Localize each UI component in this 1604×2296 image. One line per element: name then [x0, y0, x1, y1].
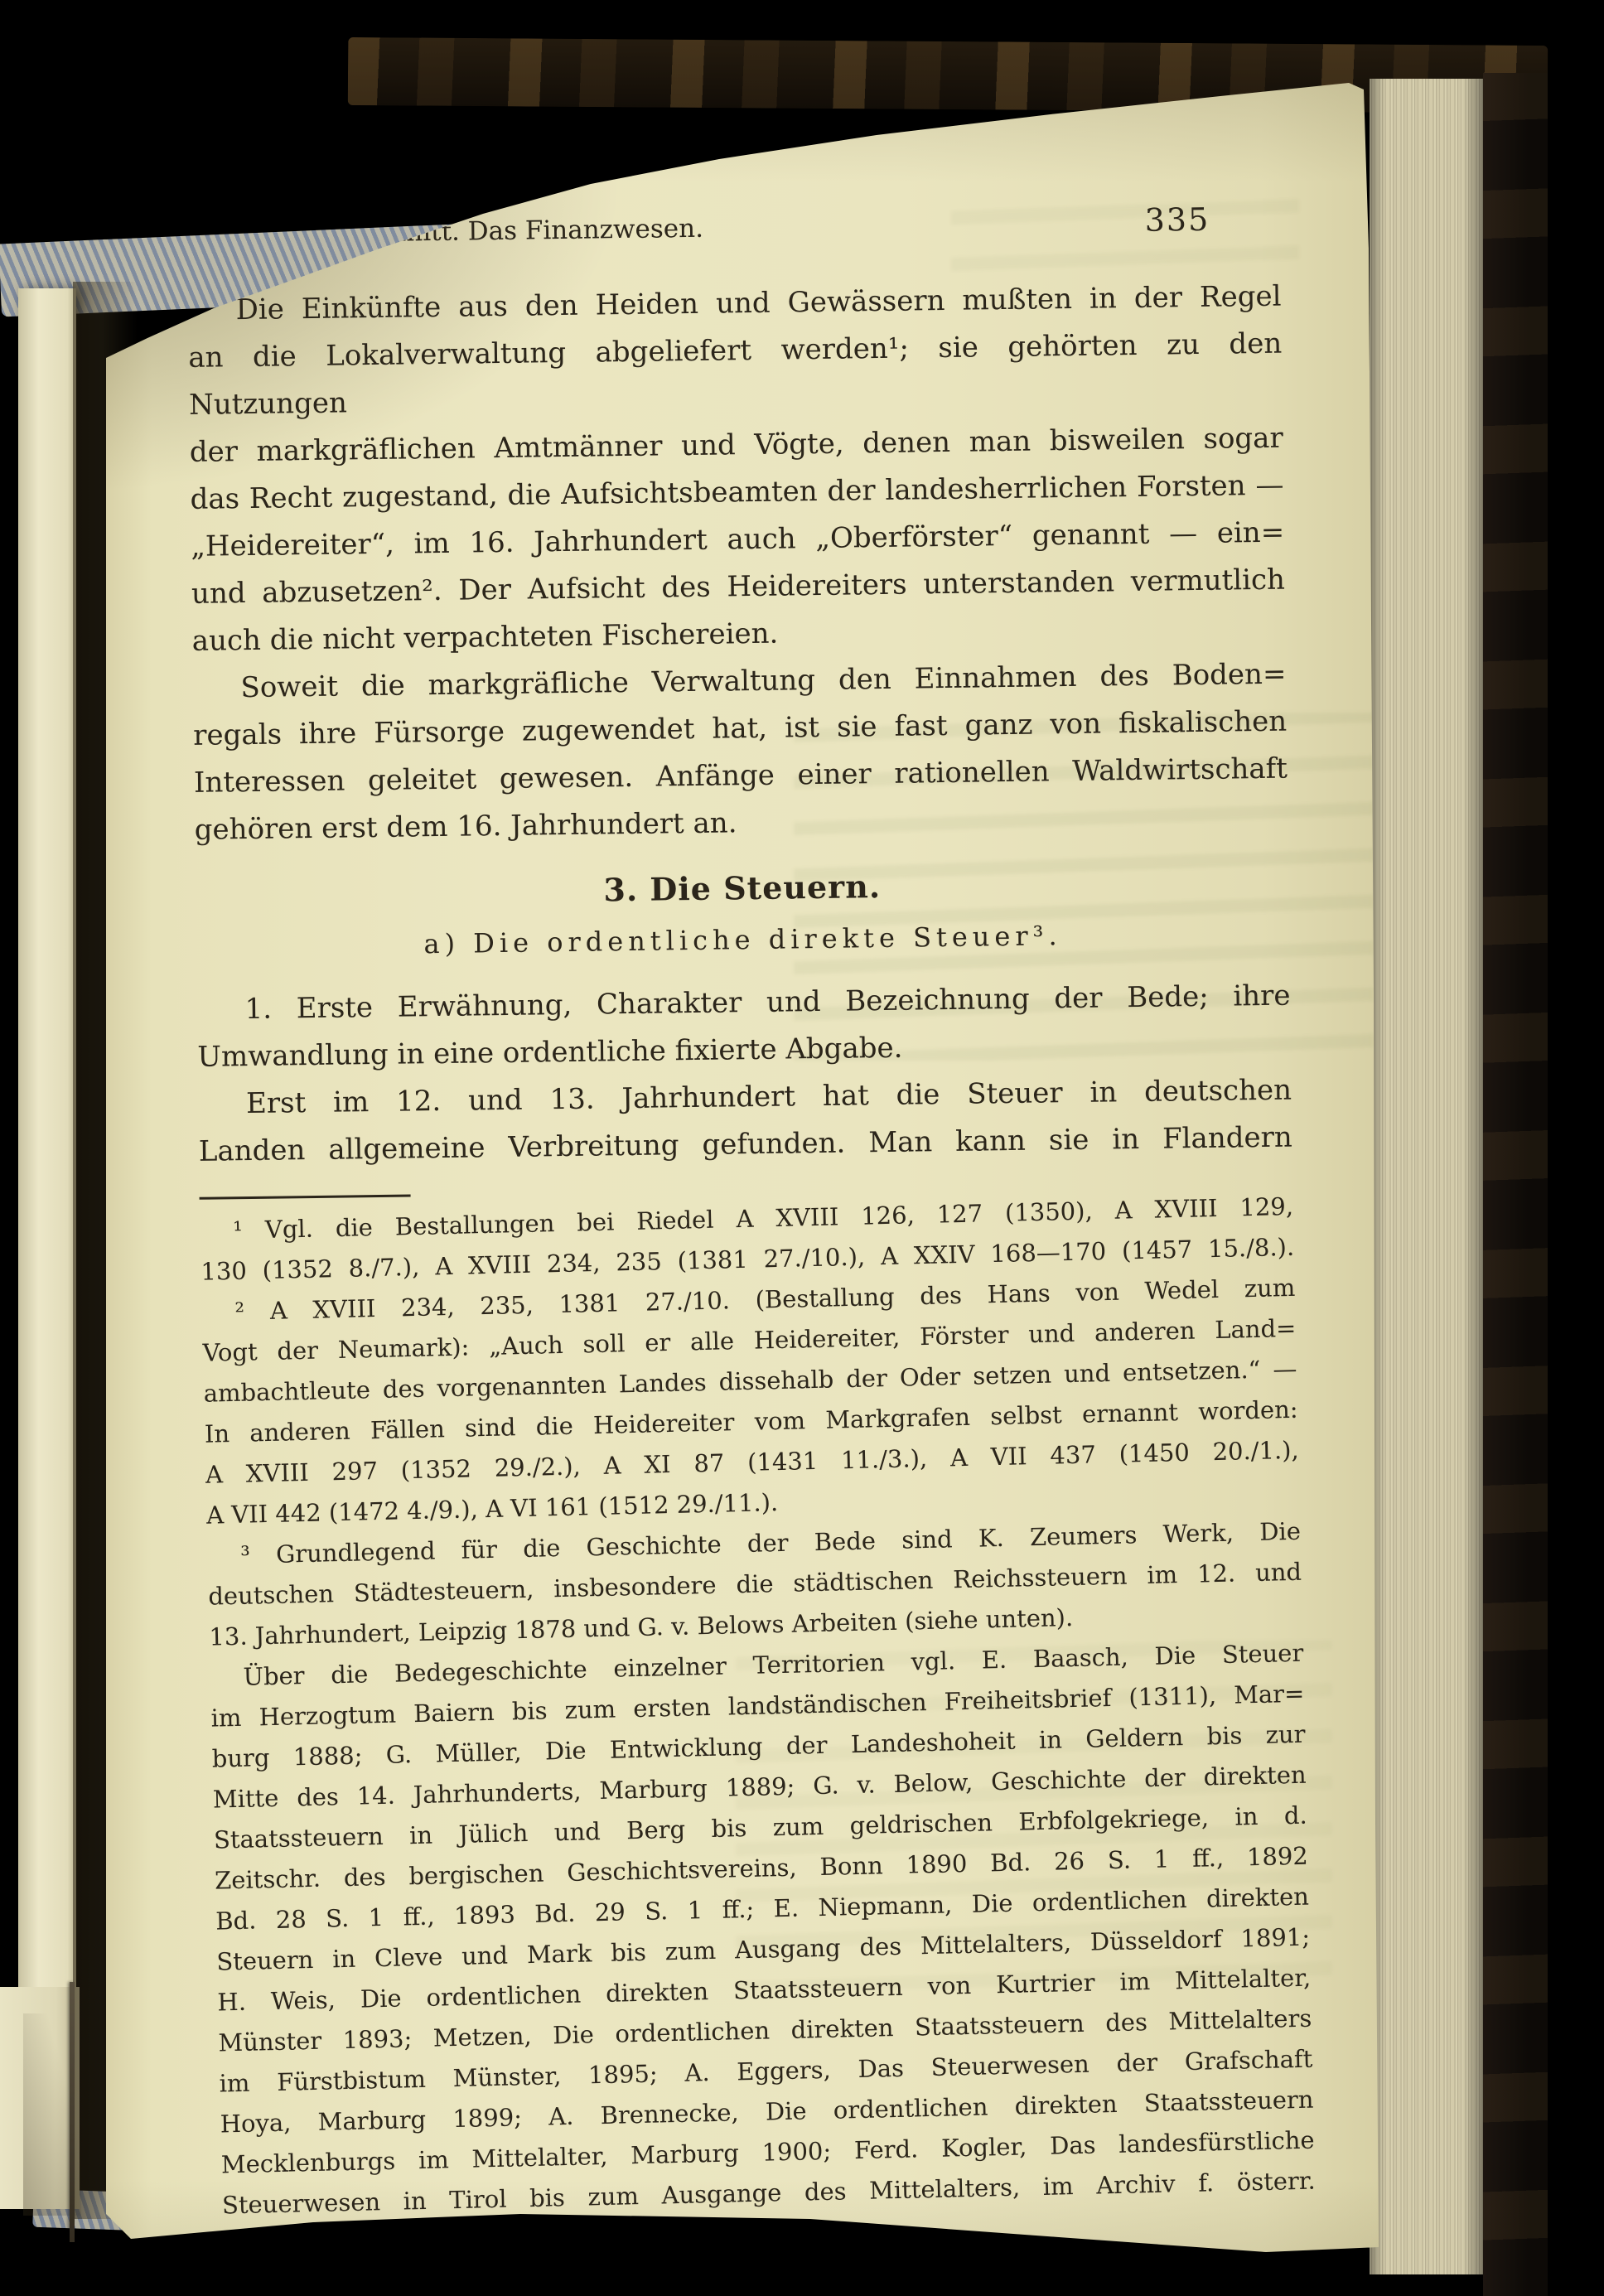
- footnote-separator: [200, 1194, 411, 1199]
- paragraph: Soweit die markgräfliche Verwaltung den …: [192, 651, 1288, 854]
- footnote-3: ³ Grundlegend für die Geschichte der Bed…: [207, 1511, 1317, 2226]
- section-subheading: a) Die ordentliche direkte Steuer³.: [196, 915, 1289, 965]
- book-cover-right: [1483, 73, 1548, 2296]
- page-content: 3. Abschnitt. Das Finanzwesen. 335 Die E…: [186, 201, 1307, 2226]
- section-heading: 3. Die Steuern.: [195, 862, 1289, 916]
- paragraph: Erst im 12. und 13. Jahrhundert hat die …: [198, 1067, 1292, 1176]
- paragraph: 1. Erste Erwähnung, Charakter und Bezeic…: [196, 973, 1291, 1081]
- footnotes: ¹ Vgl. die Bestallungen bei Riedel A XVI…: [200, 1187, 1316, 2226]
- left-page-edge: [18, 288, 76, 1997]
- footnote-2: ² A XVIII 234, 235, 1381 27./10. (Bestal…: [201, 1268, 1300, 1536]
- text-line: an die Lokalverwaltung abgeliefert werde…: [188, 321, 1283, 429]
- page-stack-fore-edge: [1370, 79, 1483, 2274]
- paragraph: Die Einkünfte aus den Heiden und Gewässe…: [187, 273, 1286, 665]
- book-page: 3. Abschnitt. Das Finanzwesen. 335 Die E…: [106, 0, 1389, 2296]
- bookmark-thread: [70, 1982, 75, 2242]
- book-cover-top-edge: [348, 37, 1548, 114]
- page-number: 335: [1144, 201, 1210, 239]
